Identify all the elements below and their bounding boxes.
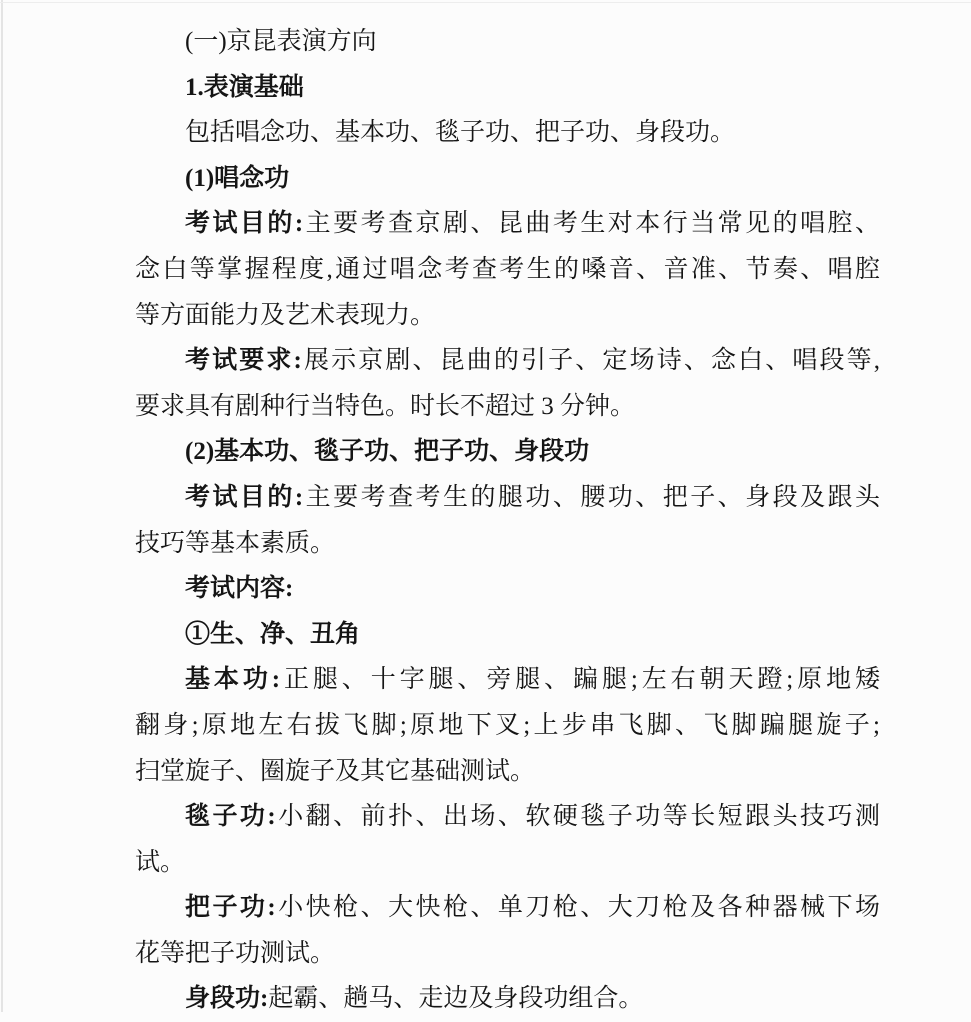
paragraph-tanzigong-line-1: 毯子功:小翻、前扑、出场、软硬毯子功等长短跟头技巧测 bbox=[135, 794, 880, 840]
document-page: { "doc": { "colors": { "text": "#151515"… bbox=[0, 0, 971, 1022]
paragraph-text: 起霸、趟马、走边及身段功组合。 bbox=[268, 985, 643, 1012]
paragraph-text: 试。 bbox=[135, 849, 185, 876]
paragraph-exam-purpose-1-line-3: 等方面能力及艺术表现力。 bbox=[135, 293, 880, 339]
paragraph-bazigong-line-2: 花等把子功测试。 bbox=[135, 931, 880, 977]
paragraph-label: 考试目的: bbox=[185, 210, 303, 237]
paragraph-jibengong-line-1: 基本功:正腿、十字腿、旁腿、蹁腿;左右朝天蹬;原地矮 bbox=[135, 657, 880, 703]
document-body: (一)京昆表演方向 1.表演基础 包括唱念功、基本功、毯子功、把子功、身段功。 … bbox=[0, 0, 971, 1022]
paragraph-exam-requirement-line-2: 要求具有剧种行当特色。时长不超过 3 分钟。 bbox=[135, 384, 880, 430]
paragraph-label: 身段功: bbox=[185, 985, 268, 1012]
paragraph-shenduangong: 身段功:起霸、趟马、走边及身段功组合。 bbox=[135, 976, 880, 1022]
paragraph-jibengong-line-3: 扫堂旋子、圈旋子及其它基础测试。 bbox=[135, 749, 880, 795]
paragraph-exam-purpose-2-line-2: 技巧等基本素质。 bbox=[135, 521, 880, 567]
paragraph-jibengong-line-2: 翻身;原地左右拔飞脚;原地下叉;上步串飞脚、飞脚蹁腿旋子; bbox=[135, 703, 880, 749]
subsection-heading-text: 1.表演基础 bbox=[185, 74, 304, 101]
paragraph-exam-purpose-1-line-1: 考试目的:主要考查京剧、昆曲考生对本行当常见的唱腔、 bbox=[135, 201, 880, 247]
paragraph-text: 正腿、十字腿、旁腿、蹁腿;左右朝天蹬;原地矮 bbox=[280, 666, 880, 693]
heading-text: ①生、净、丑角 bbox=[185, 621, 360, 648]
paragraph-text: 主要考查考生的腿功、腰功、把子、身段及跟头 bbox=[303, 484, 880, 511]
paragraph-label: 基本功: bbox=[185, 666, 280, 693]
paragraph-overview: 包括唱念功、基本功、毯子功、把子功、身段功。 bbox=[135, 110, 880, 156]
paragraph-text: 翻身;原地左右拔飞脚;原地下叉;上步串飞脚、飞脚蹁腿旋子; bbox=[135, 712, 880, 739]
paragraph-bazigong-line-1: 把子功:小快枪、大快枪、单刀枪、大刀枪及各种器械下场 bbox=[135, 885, 880, 931]
heading-text: 考试内容: bbox=[185, 575, 293, 602]
paragraph-text: 念白等掌握程度,通过唱念考查考生的嗓音、音准、节奏、唱腔 bbox=[135, 256, 880, 283]
section-heading: (一)京昆表演方向 bbox=[135, 19, 880, 65]
paragraph-text: 花等把子功测试。 bbox=[135, 940, 335, 967]
paragraph-text: 小快枪、大快枪、单刀枪、大刀枪及各种器械下场 bbox=[276, 894, 880, 921]
paragraph-tanzigong-line-2: 试。 bbox=[135, 840, 880, 886]
paragraph-exam-purpose-1-line-2: 念白等掌握程度,通过唱念考查考生的嗓音、音准、节奏、唱腔 bbox=[135, 247, 880, 293]
paragraph-label: 把子功: bbox=[185, 894, 276, 921]
heading-exam-content: 考试内容: bbox=[135, 566, 880, 612]
item-heading-text: (1)唱念功 bbox=[185, 165, 289, 192]
subsection-heading-performance-basics: 1.表演基础 bbox=[135, 65, 880, 111]
paragraph-label: 考试要求: bbox=[185, 347, 302, 374]
paragraph-text: 要求具有剧种行当特色。时长不超过 3 分钟。 bbox=[135, 393, 635, 420]
paragraph-exam-requirement-line-1: 考试要求:展示京剧、昆曲的引子、定场诗、念白、唱段等, bbox=[135, 338, 880, 384]
heading-role-types: ①生、净、丑角 bbox=[135, 612, 880, 658]
paragraph-text: 技巧等基本素质。 bbox=[135, 530, 335, 557]
paragraph-text: 展示京剧、昆曲的引子、定场诗、念白、唱段等, bbox=[302, 347, 880, 374]
item-heading-text: (2)基本功、毯子功、把子功、身段功 bbox=[185, 438, 589, 465]
paragraph-text: 小翻、前扑、出场、软硬毯子功等长短跟头技巧测 bbox=[276, 803, 880, 830]
paragraph-text: 包括唱念功、基本功、毯子功、把子功、身段功。 bbox=[185, 119, 735, 146]
paragraph-text: 扫堂旋子、圈旋子及其它基础测试。 bbox=[135, 758, 535, 785]
item-heading-singing-reciting: (1)唱念功 bbox=[135, 156, 880, 202]
paragraph-label: 考试目的: bbox=[185, 484, 303, 511]
paragraph-text: 主要考查京剧、昆曲考生对本行当常见的唱腔、 bbox=[303, 210, 880, 237]
paragraph-label: 毯子功: bbox=[185, 803, 276, 830]
paragraph-exam-purpose-2-line-1: 考试目的:主要考查考生的腿功、腰功、把子、身段及跟头 bbox=[135, 475, 880, 521]
item-heading-basic-skills: (2)基本功、毯子功、把子功、身段功 bbox=[135, 429, 880, 475]
section-heading-text: (一)京昆表演方向 bbox=[185, 28, 377, 55]
paragraph-text: 等方面能力及艺术表现力。 bbox=[135, 302, 435, 329]
